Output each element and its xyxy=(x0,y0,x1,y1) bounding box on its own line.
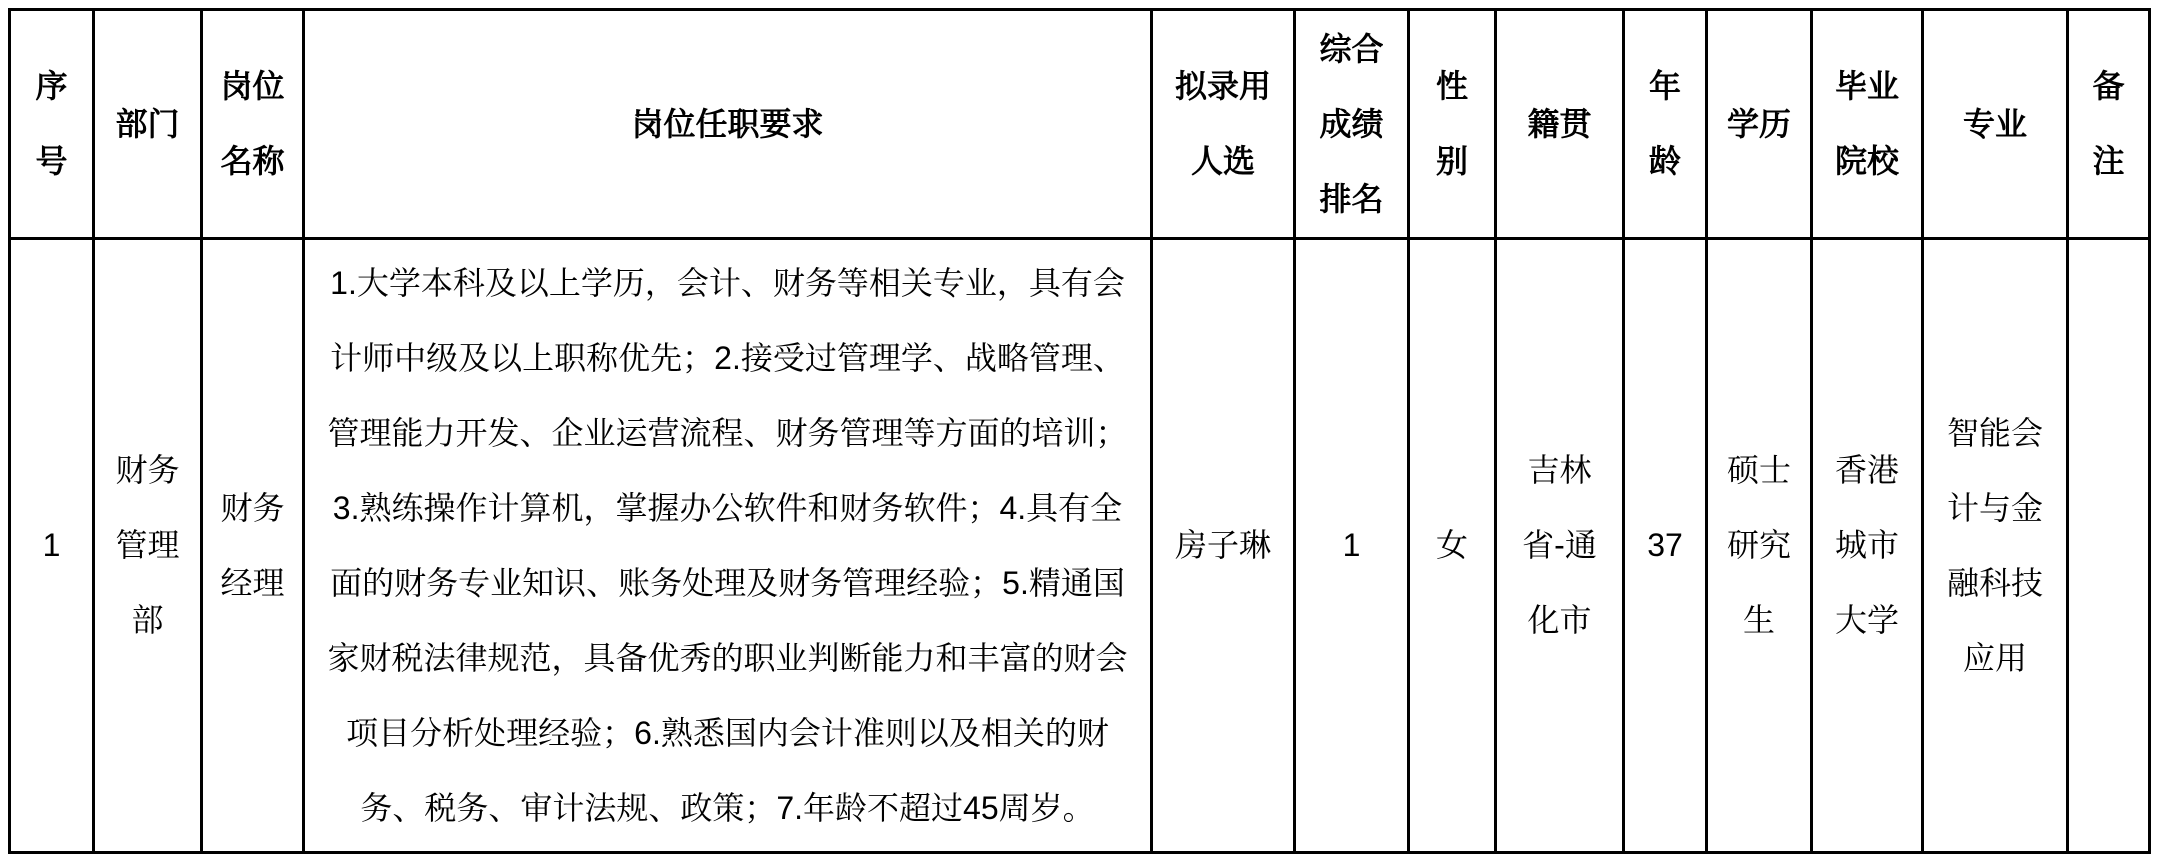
cell-serial-number: 1 xyxy=(10,239,94,853)
cell-age: 37 xyxy=(1624,239,1707,853)
recruitment-table-container: 序 号 部门 岗位 名称 岗位任职要求 拟录用 人选 综合 成绩 排名 性 别 … xyxy=(8,8,2151,854)
cell-native-place: 吉林 省-通 化市 xyxy=(1496,239,1624,853)
header-serial-number: 序 号 xyxy=(10,10,94,239)
header-education: 学历 xyxy=(1707,10,1812,239)
cell-gender: 女 xyxy=(1409,239,1496,853)
header-native-place: 籍贯 xyxy=(1496,10,1624,239)
cell-comprehensive-score-rank: 1 xyxy=(1295,239,1409,853)
header-department: 部门 xyxy=(94,10,202,239)
cell-department: 财务 管理 部 xyxy=(94,239,202,853)
cell-graduate-school: 香港 城市 大学 xyxy=(1812,239,1923,853)
header-age: 年 龄 xyxy=(1624,10,1707,239)
header-position-requirements: 岗位任职要求 xyxy=(304,10,1152,239)
cell-position-requirements: 1.大学本科及以上学历，会计、财务等相关专业，具有会 计师中级及以上职称优先；2… xyxy=(304,239,1152,853)
header-proposed-candidate: 拟录用 人选 xyxy=(1152,10,1295,239)
table-data-row: 1 财务 管理 部 财务 经理 1.大学本科及以上学历，会计、财务等相关专业，具… xyxy=(10,239,2150,853)
header-remarks: 备 注 xyxy=(2068,10,2150,239)
cell-remarks xyxy=(2068,239,2150,853)
header-comprehensive-score-rank: 综合 成绩 排名 xyxy=(1295,10,1409,239)
cell-proposed-candidate: 房子琳 xyxy=(1152,239,1295,853)
recruitment-publicity-table: 序 号 部门 岗位 名称 岗位任职要求 拟录用 人选 综合 成绩 排名 性 别 … xyxy=(8,8,2151,854)
table-header-row: 序 号 部门 岗位 名称 岗位任职要求 拟录用 人选 综合 成绩 排名 性 别 … xyxy=(10,10,2150,239)
header-graduate-school: 毕业 院校 xyxy=(1812,10,1923,239)
header-major: 专业 xyxy=(1923,10,2068,239)
header-position-name: 岗位 名称 xyxy=(202,10,304,239)
cell-major: 智能会 计与金 融科技 应用 xyxy=(1923,239,2068,853)
cell-education: 硕士 研究 生 xyxy=(1707,239,1812,853)
header-gender: 性 别 xyxy=(1409,10,1496,239)
cell-position-name: 财务 经理 xyxy=(202,239,304,853)
